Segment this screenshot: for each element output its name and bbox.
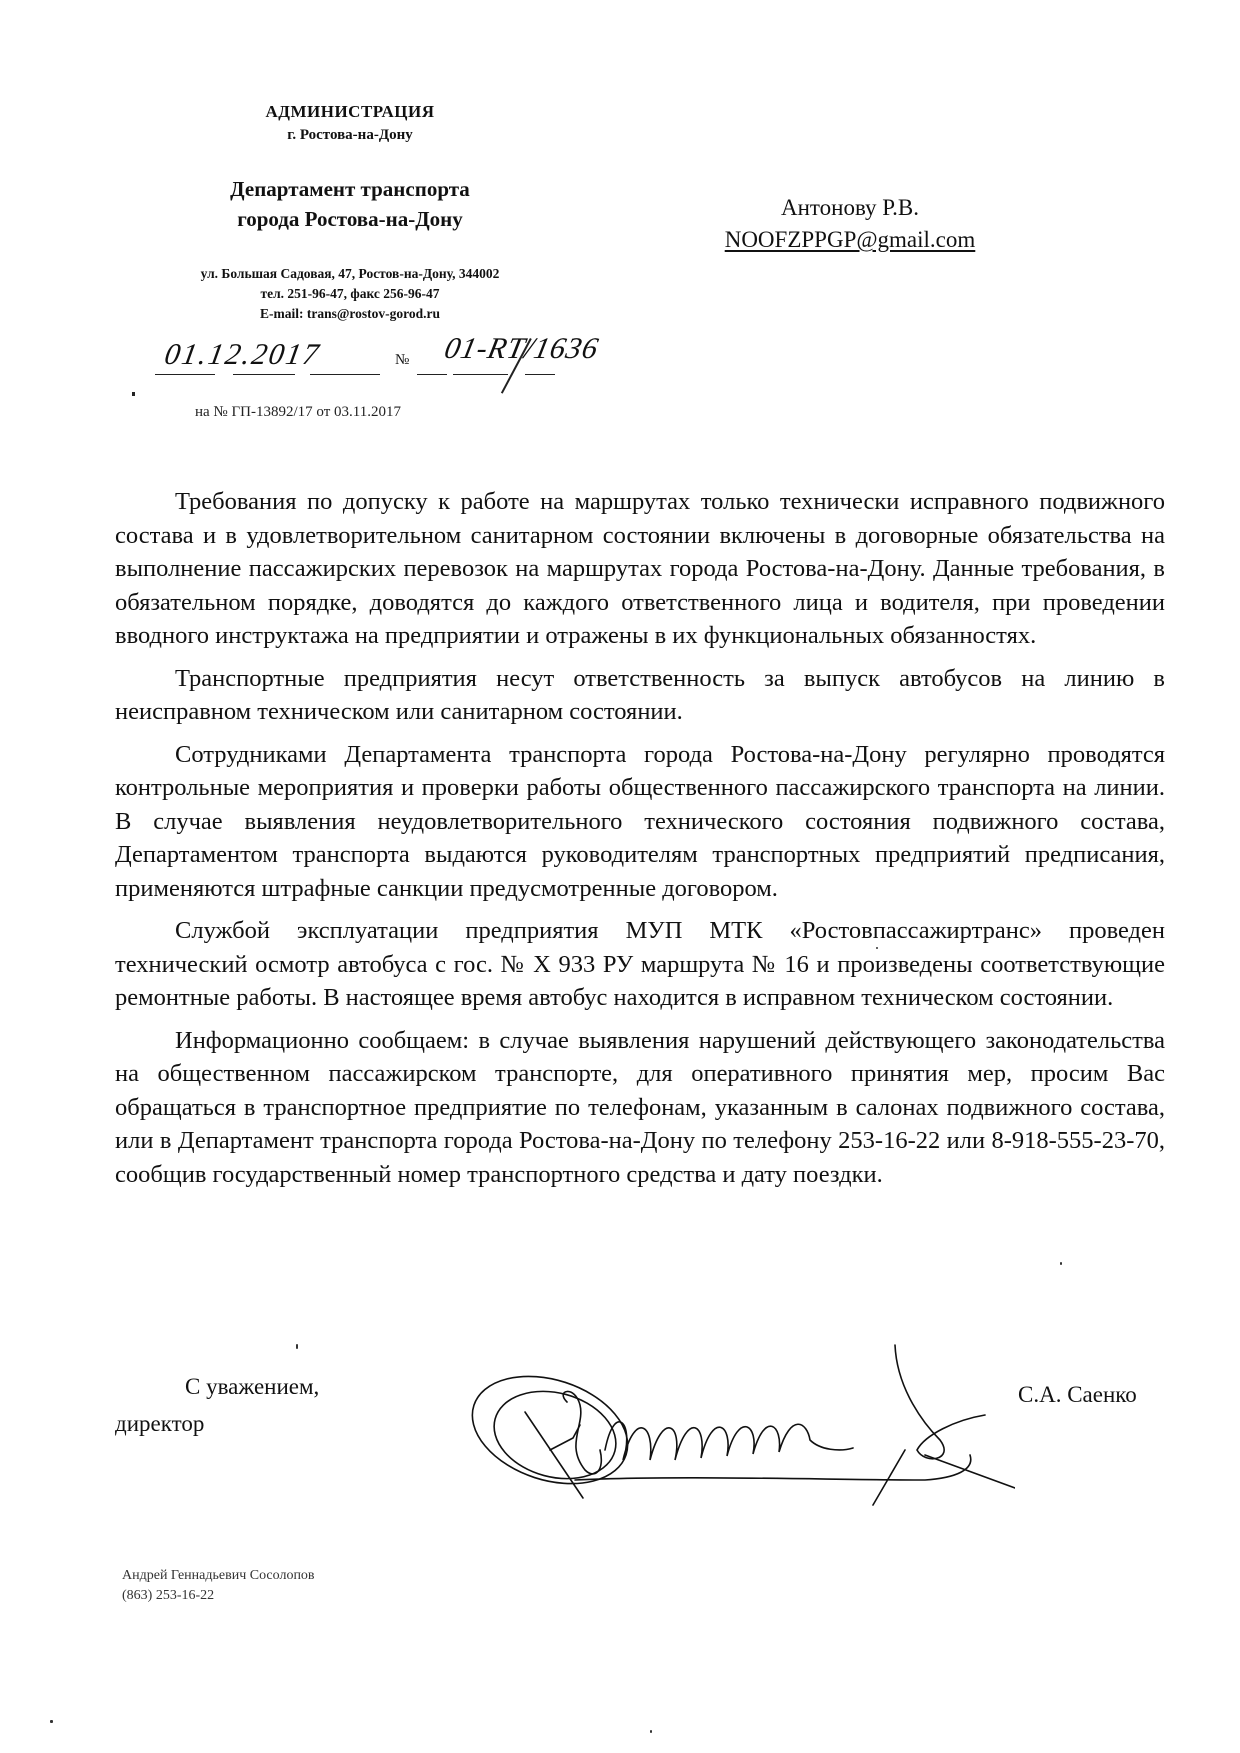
closing-regards: С уважением, [115,1368,319,1405]
signer-position: директор [115,1405,319,1442]
letter-body: Требования по допуску к работе на маршру… [115,485,1165,1200]
department-address: ул. Большая Садовая, 47, Ростов-на-Дону,… [120,264,580,284]
executor-footer: Андрей Геннадьевич Сосолопов (863) 253-1… [122,1566,315,1606]
addressee-name: Антонову Р.В. [640,192,1060,224]
addressee-email-link[interactable]: NOOFZPPGP@gmail.com [640,224,1060,256]
registration-line: 01.12.2017 № 01-RT/1636 [155,338,615,378]
number-underline-1 [417,374,447,375]
body-paragraph: Службой эксплуатации предприятия МУП МТК… [115,914,1165,1015]
department-name: Департамент транспорта города Ростова-на… [120,174,580,234]
handwritten-signature-icon [455,1330,1015,1510]
executor-phone: (863) 253-16-22 [122,1586,315,1606]
department-contacts: ул. Большая Садовая, 47, Ростов-на-Дону,… [120,264,580,324]
body-paragraph: Информационно сообщаем: в случае выявлен… [115,1024,1165,1192]
department-email: E-mail: trans@rostov-gorod.ru [120,304,580,324]
department-line-2: города Ростова-на-Дону [120,204,580,234]
closing-block: С уважением, директор [115,1368,319,1442]
department-line-1: Департамент транспорта [120,174,580,204]
letter-page: АДМИНИСТРАЦИЯ г. Ростова-на-Дону Департа… [0,0,1240,1753]
administration-title: АДМИНИСТРАЦИЯ [120,100,580,124]
number-underline-3 [525,374,555,375]
body-paragraph: Транспортные предприятия несут ответстве… [115,662,1165,729]
executor-name: Андрей Геннадьевич Сосолопов [122,1566,315,1586]
date-underline-day [155,374,215,375]
body-paragraph: Сотрудниками Департамента транспорта гор… [115,738,1165,906]
department-phones: тел. 251-96-47, факс 256-96-47 [120,284,580,304]
addressee-block: Антонову Р.В. NOOFZPPGP@gmail.com [640,192,1060,256]
number-label: № [395,352,409,369]
reply-reference: на № ГП-13892/17 от 03.11.2017 [195,404,401,421]
city-subtitle: г. Ростова-на-Дону [120,124,580,146]
scan-speck [1060,1262,1062,1265]
number-underline-2 [453,374,508,375]
scan-speck [650,1730,652,1733]
handwritten-date: 01.12.2017 [162,338,323,372]
letterhead: АДМИНИСТРАЦИЯ г. Ростова-на-Дону Департа… [120,100,580,324]
handwritten-outgoing-number: 01-RT/1636 [441,332,602,366]
scan-speck [296,1344,298,1349]
date-underline-month [233,374,295,375]
signer-name: С.А. Саенко [1018,1382,1137,1408]
scan-speck [876,947,878,949]
body-paragraph: Требования по допуску к работе на маршру… [115,485,1165,653]
date-underline-year [310,374,380,375]
scan-speck [50,1720,53,1723]
scan-speck [132,392,135,396]
